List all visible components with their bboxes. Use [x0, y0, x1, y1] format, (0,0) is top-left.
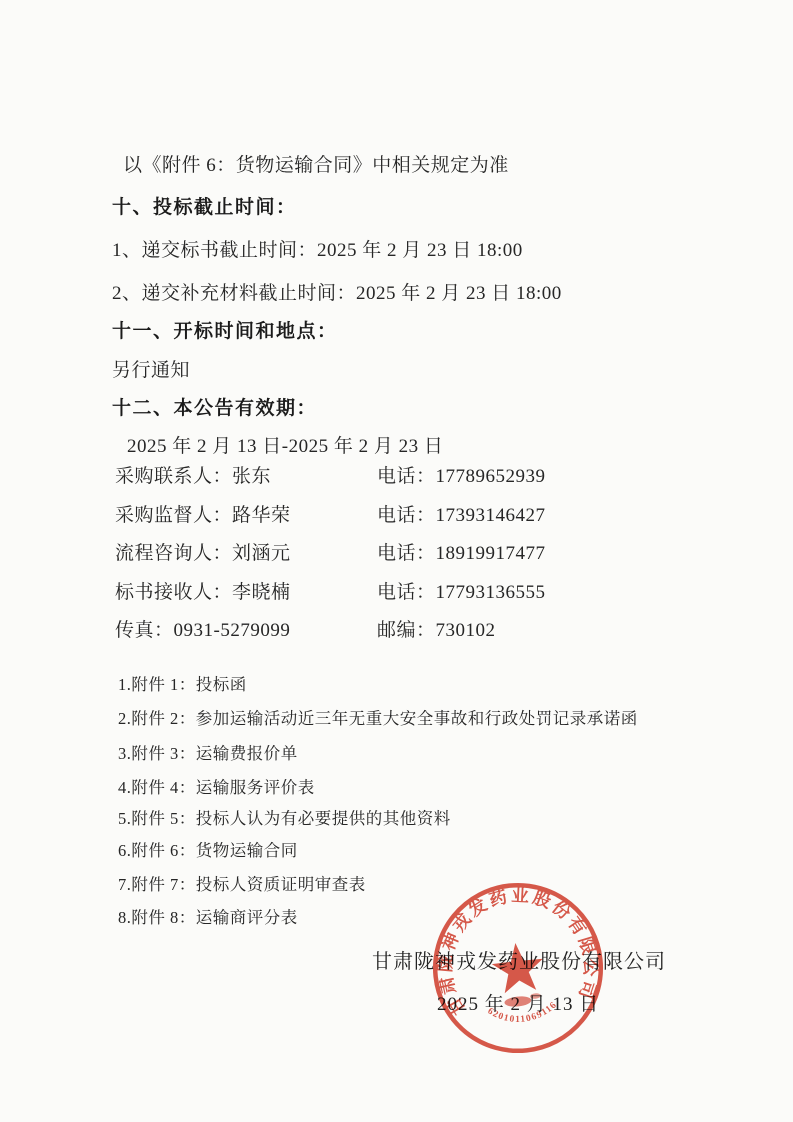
contact-left: 传真：0931-5279099 [115, 620, 290, 641]
contact-row: 传真：0931-5279099 邮编：730102 [115, 615, 290, 642]
contact-left: 采购监督人：路华荣 [115, 505, 291, 526]
contact-right: 电话：17793136555 [377, 577, 546, 604]
seal-ink-smudge [504, 995, 532, 1008]
contact-row: 流程咨询人：刘涵元 电话：18919917477 [115, 538, 291, 565]
attachment-item-3: 3.附件 3：运输费报价单 [118, 740, 298, 764]
section-11-line-1: 另行通知 [112, 355, 190, 382]
document-page: 以《附件 6：货物运输合同》中相关规定为准 十、投标截止时间： 1、递交标书截止… [0, 0, 793, 1122]
company-seal-stamp: 甘肃陇神戎发药业股份有限公司 6201011069116 [419, 869, 617, 1067]
contact-right: 电话：17393146427 [377, 500, 546, 527]
contact-row: 标书接收人：李晓楠 电话：17793136555 [115, 577, 291, 604]
contact-left: 采购联系人：张东 [115, 466, 271, 487]
section-12-heading: 十二、本公告有效期： [112, 393, 317, 420]
attachment-item-8: 8.附件 8：运输商评分表 [118, 904, 298, 928]
contact-left: 流程咨询人：刘涵元 [115, 543, 291, 564]
attachment-item-7: 7.附件 7：投标人资质证明审查表 [118, 871, 366, 895]
section-10-line-2: 2、递交补充材料截止时间：2025 年 2 月 23 日 18:00 [112, 278, 562, 305]
contact-right: 电话：17789652939 [377, 461, 546, 488]
seal-star-icon [490, 940, 546, 994]
section-12-line-1: 2025 年 2 月 13 日-2025 年 2 月 23 日 [127, 431, 443, 458]
contact-right: 邮编：730102 [377, 615, 496, 642]
attachment-item-4: 4.附件 4：运输服务评价表 [118, 774, 315, 798]
attachment-item-1: 1.附件 1：投标函 [118, 671, 247, 695]
attachment-item-2: 2.附件 2：参加运输活动近三年无重大安全事故和行政处罚记录承诺函 [118, 705, 638, 729]
section-11-heading: 十一、开标时间和地点： [112, 316, 338, 343]
section-10-heading: 十、投标截止时间： [112, 192, 297, 219]
contact-row: 采购监督人：路华荣 电话：17393146427 [115, 500, 291, 527]
intro-line: 以《附件 6：货物运输合同》中相关规定为准 [123, 150, 509, 177]
seal-ink-smudge [530, 993, 541, 999]
attachment-item-6: 6.附件 6：货物运输合同 [118, 837, 298, 861]
contact-right: 电话：18919917477 [377, 538, 546, 565]
attachment-item-5: 5.附件 5：投标人认为有必要提供的其他资料 [118, 805, 451, 829]
contact-row: 采购联系人：张东 电话：17789652939 [115, 461, 271, 488]
contact-left: 标书接收人：李晓楠 [115, 582, 291, 603]
section-10-line-1: 1、递交标书截止时间：2025 年 2 月 23 日 18:00 [112, 235, 523, 262]
